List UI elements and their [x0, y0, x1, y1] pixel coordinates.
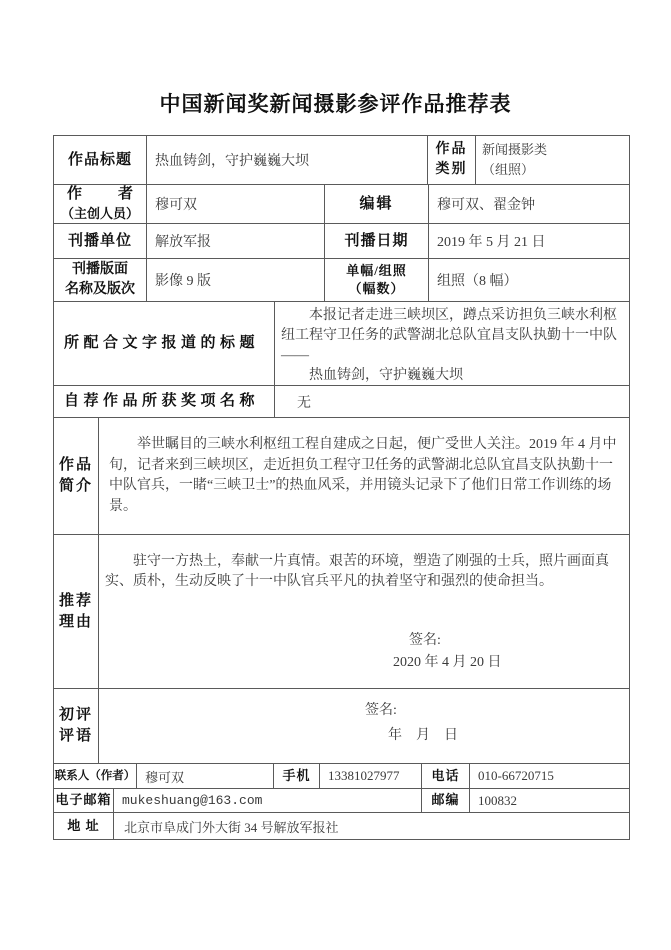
author-value: 穆可双: [147, 185, 325, 223]
report-title-label: 所配合文字报道的标题: [54, 302, 275, 385]
single-or-group-value: 组照（8 幅）: [429, 259, 629, 301]
address-value: 北京市阜成门外大街 34 号解放军报社: [114, 813, 629, 839]
recommendation-form-table: 作品标题 热血铸剑，守护巍巍大坝 作品 类别 新闻摄影类 （组照） 作 者 （主…: [53, 135, 630, 840]
row-work-intro: 作品 简介 举世瞩目的三峡水利枢纽工程自建成之日起，便广受世人关注。2019 年…: [54, 418, 629, 535]
work-intro-paragraph: 举世瞩目的三峡水利枢纽工程自建成之日起，便广受世人关注。2019 年 4 月中旬…: [99, 435, 629, 517]
document-page: 中国新闻奖新闻摄影参评作品推荐表 作品标题 热血铸剑，守护巍巍大坝 作品 类别 …: [0, 0, 671, 950]
mobile-value: 13381027977: [320, 764, 422, 788]
row-publish: 刊播单位 解放军报 刊播日期 2019 年 5 月 21 日: [54, 224, 629, 259]
row-recommendation: 推荐 理由 驻守一方热土，奉献一片真情。艰苦的环境，塑造了刚强的士兵，照片画面真…: [54, 535, 629, 689]
editor-value: 穆可双、翟金钟: [429, 185, 629, 223]
recommendation-label: 推荐 理由: [54, 535, 99, 688]
mobile-label: 手机: [274, 764, 320, 788]
row-edition-group: 刊播版面 名称及版次 影像 9 版 单幅/组照 （幅数） 组照（8 幅）: [54, 259, 629, 302]
row-email: 电子邮箱 mukeshuang@163.com 邮编 100832: [54, 789, 629, 813]
row-preliminary-review: 初评 评语 签名: 年 月 日: [54, 689, 629, 764]
publish-date-label: 刊播日期: [325, 224, 429, 258]
row-contact: 联系人（作者） 穆可双 手机 13381027977 电话 010-667207…: [54, 764, 629, 789]
self-award-label: 自荐作品所获奖项名称: [54, 386, 275, 417]
recommendation-paragraph: 驻守一方热土，奉献一片真情。艰苦的环境，塑造了刚强的士兵，照片画面真实、质朴，生…: [99, 552, 629, 592]
report-title-value: 本报记者走进三峡坝区，蹲点采访担负三峡水利枢纽工程守卫任务的武警湖北总队宜昌支队…: [275, 302, 629, 385]
editor-label: 编辑: [325, 185, 429, 223]
preliminary-review-signature-label: 签名:: [99, 702, 629, 720]
contact-label: 联系人（作者）: [54, 764, 137, 788]
recommendation-signature-label: 签名:: [99, 632, 629, 650]
publish-org-label: 刊播单位: [54, 224, 147, 258]
address-label: 地 址: [54, 813, 114, 839]
single-or-group-label: 单幅/组照 （幅数）: [325, 259, 429, 301]
row-self-award: 自荐作品所获奖项名称 无: [54, 386, 629, 418]
preliminary-review-signature-date: 年 月 日: [99, 727, 629, 745]
row-address: 地 址 北京市阜成门外大街 34 号解放军报社: [54, 813, 629, 839]
preliminary-review-label: 初评 评语: [54, 689, 99, 763]
publish-org-value: 解放军报: [147, 224, 325, 258]
phone-label: 电话: [422, 764, 470, 788]
author-label: 作 者 （主创人员）: [54, 185, 147, 223]
page-edition-label: 刊播版面 名称及版次: [54, 259, 147, 301]
author-label-line1: 作 者: [54, 185, 146, 205]
phone-value: 010-66720715: [470, 764, 629, 788]
preliminary-review-value: 签名: 年 月 日: [99, 689, 629, 763]
row-work-title: 作品标题 热血铸剑，守护巍巍大坝 作品 类别 新闻摄影类 （组照）: [54, 136, 629, 185]
email-value: mukeshuang@163.com: [114, 789, 422, 812]
author-label-line2: （主创人员）: [54, 205, 146, 223]
form-title: 中国新闻奖新闻摄影参评作品推荐表: [0, 88, 671, 118]
email-label: 电子邮箱: [54, 789, 114, 812]
row-author-editor: 作 者 （主创人员） 穆可双 编辑 穆可双、翟金钟: [54, 185, 629, 224]
self-award-value: 无: [275, 386, 629, 417]
recommendation-value: 驻守一方热土，奉献一片真情。艰苦的环境，塑造了刚强的士兵，照片画面真实、质朴，生…: [99, 535, 629, 688]
postcode-value: 100832: [470, 789, 629, 812]
work-intro-value: 举世瞩目的三峡水利枢纽工程自建成之日起，便广受世人关注。2019 年 4 月中旬…: [99, 418, 629, 534]
work-title-value: 热血铸剑，守护巍巍大坝: [147, 136, 428, 184]
work-intro-label: 作品 简介: [54, 418, 99, 534]
publish-date-value: 2019 年 5 月 21 日: [429, 224, 629, 258]
contact-value: 穆可双: [137, 764, 274, 788]
report-title-paragraph-2: 热血铸剑，守护巍巍大坝: [275, 366, 629, 385]
postcode-label: 邮编: [422, 789, 470, 812]
work-category-label: 作品 类别: [428, 136, 476, 184]
recommendation-signature-date: 2020 年 4 月 20 日: [99, 654, 629, 672]
row-report-title: 所配合文字报道的标题 本报记者走进三峡坝区，蹲点采访担负三峡水利枢纽工程守卫任务…: [54, 302, 629, 386]
report-title-paragraph-1: 本报记者走进三峡坝区，蹲点采访担负三峡水利枢纽工程守卫任务的武警湖北总队宜昌支队…: [275, 306, 629, 366]
work-title-label: 作品标题: [54, 136, 147, 184]
page-edition-value: 影像 9 版: [147, 259, 325, 301]
work-category-value: 新闻摄影类 （组照）: [476, 136, 629, 184]
